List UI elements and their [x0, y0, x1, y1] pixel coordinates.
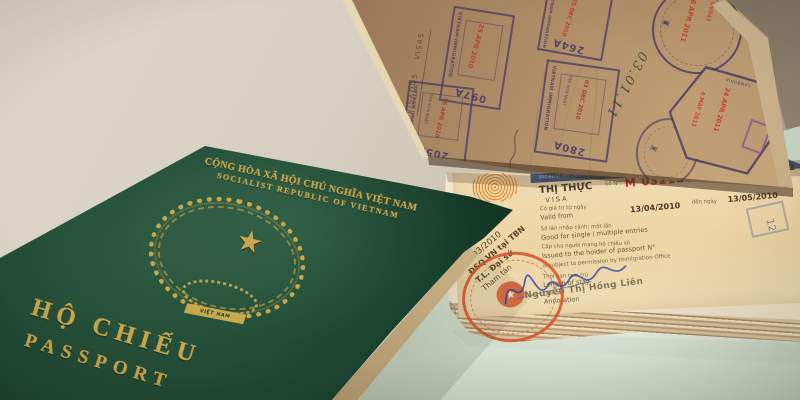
photo-vignette [0, 0, 800, 400]
photo-canvas: CỘNG HÒA XÃ HỘI CHỦ NGHĨA VIỆT NAM SOCIA… [0, 0, 800, 400]
